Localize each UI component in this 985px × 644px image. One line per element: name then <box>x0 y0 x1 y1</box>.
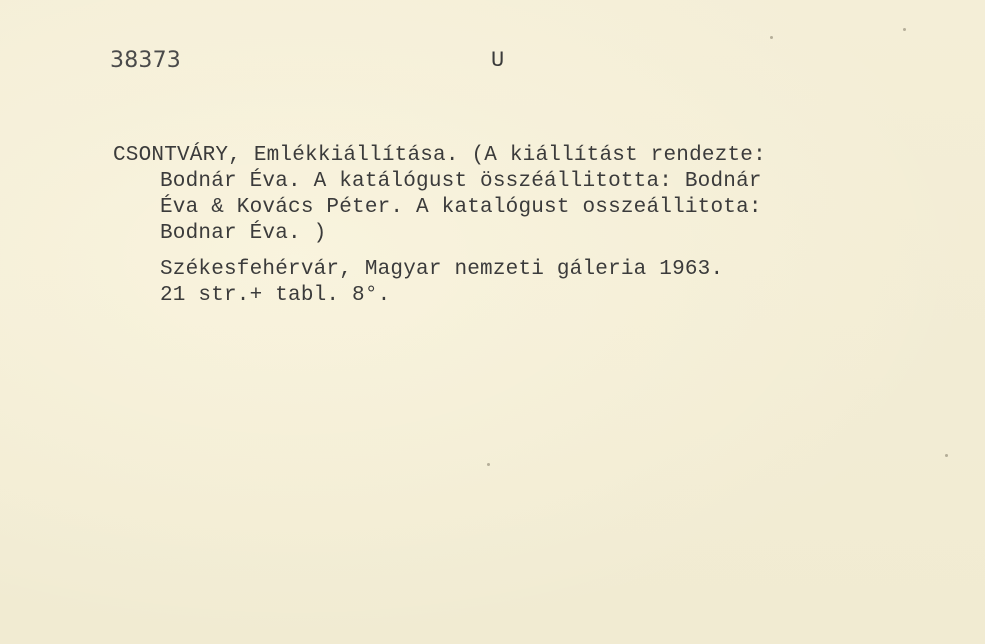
paper-speck <box>903 28 906 31</box>
paper-speck <box>487 463 490 466</box>
call-number: 38373 <box>110 48 181 73</box>
collation-line: 21 str.+ tabl. 8°. <box>160 284 390 307</box>
classification-code: U <box>491 48 504 73</box>
entry-title-line: CSONTVÁRY, Emlékkiállítása. (A kiállítás… <box>113 144 766 167</box>
imprint-line: Székesfehérvár, Magyar nemzeti gáleria 1… <box>160 258 723 281</box>
entry-line-3: Éva & Kovács Péter. A katalógust osszeál… <box>160 196 762 219</box>
entry-line-2: Bodnár Éva. A katálógust összéállitotta:… <box>160 170 762 193</box>
entry-line-4: Bodnar Éva. ) <box>160 222 326 245</box>
catalog-card: 38373 U CSONTVÁRY, Emlékkiállítása. (A k… <box>0 0 985 644</box>
paper-speck <box>770 36 773 39</box>
paper-speck <box>945 454 948 457</box>
